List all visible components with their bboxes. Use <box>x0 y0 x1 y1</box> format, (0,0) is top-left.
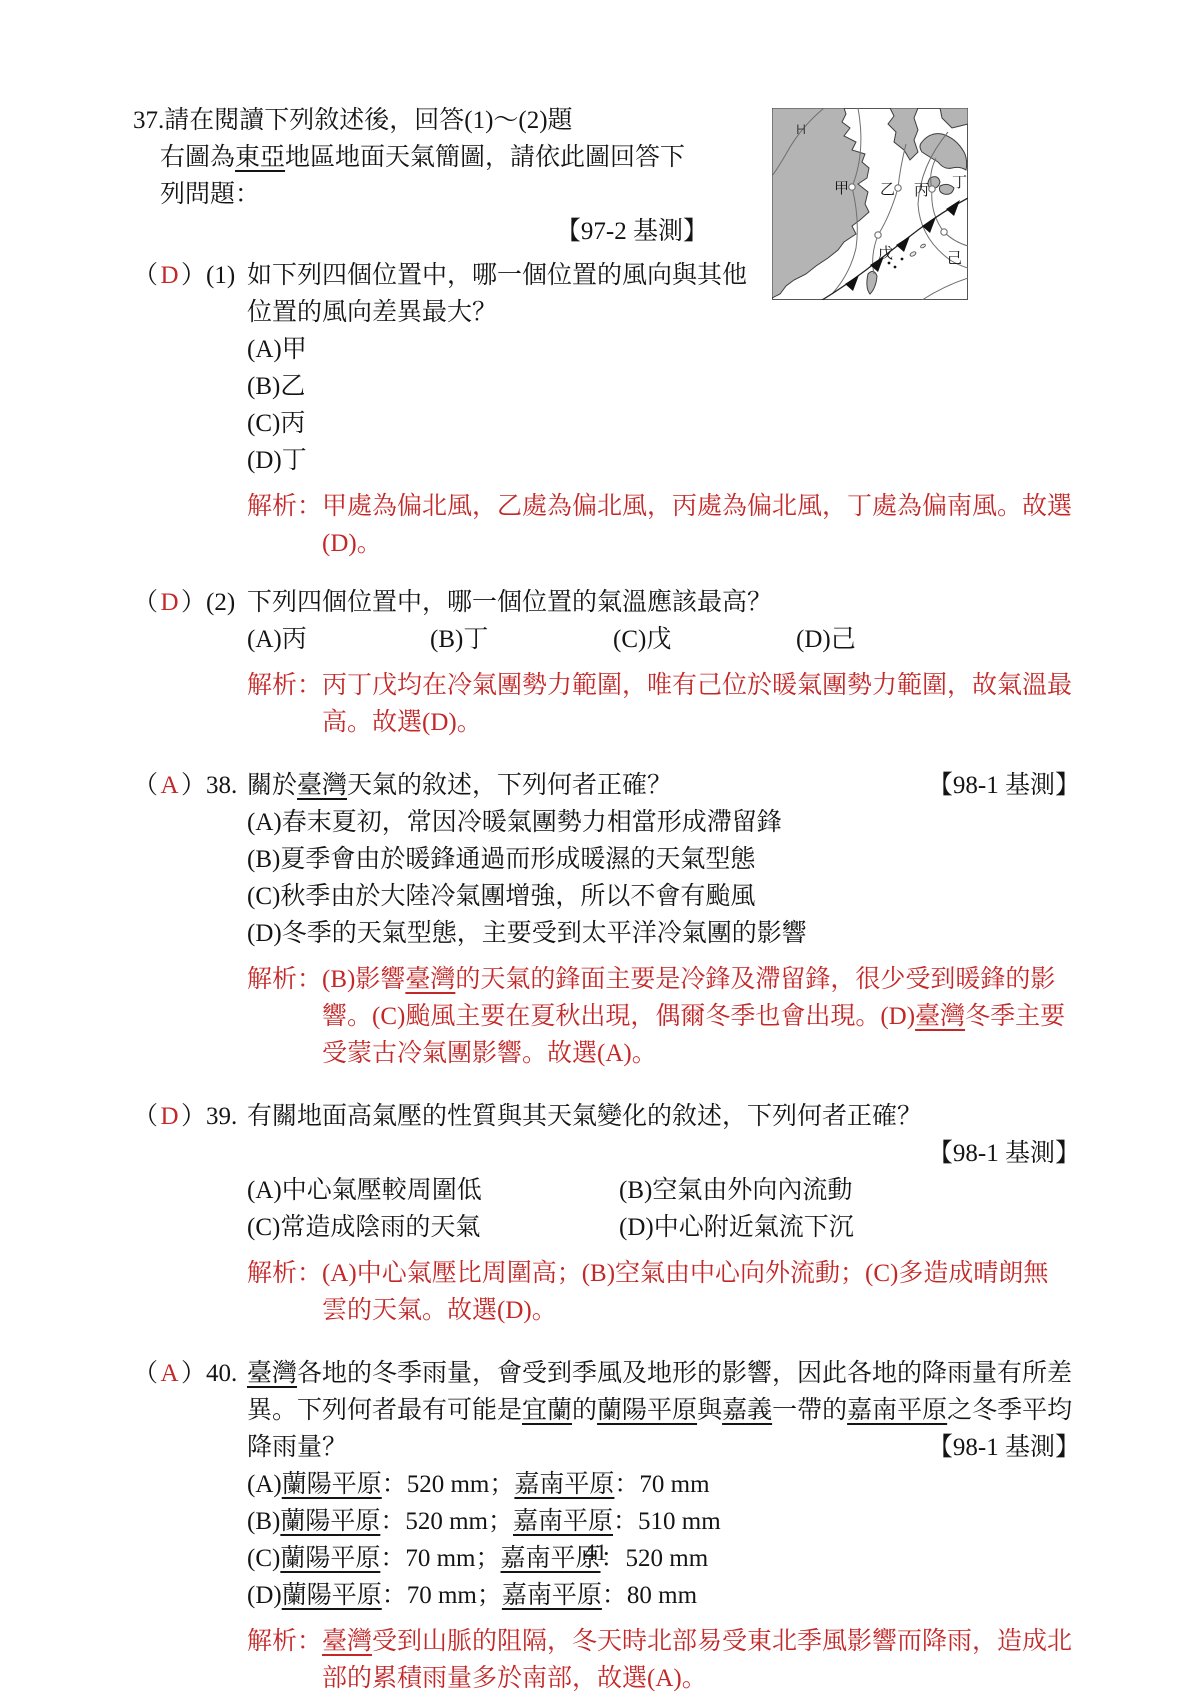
text-line: (D)丁 <box>247 442 1080 479</box>
q37-number: 37. <box>133 107 164 134</box>
text-segment: (A) <box>247 1471 282 1498</box>
text-line: 右圖為東亞地區地面天氣簡圖，請依此圖回答下列問題： <box>160 139 708 213</box>
text-line: 丙丁戊均在冷氣團勢力範圍，唯有己位於暖氣團勢力範圍，故氣溫最 <box>322 667 1080 704</box>
text-segment: 受到山脈的阻隔，冬天時北部易受東北季風影響而降雨，造成北 <box>372 1628 1072 1655</box>
analysis-37-1: 解析： 甲處為偏北風，乙處為偏北風，丙處為偏北風，丁處為偏南風。故選(D)。 <box>247 488 1080 562</box>
text-segment: 雲的天氣。故選(D)。 <box>322 1297 557 1324</box>
options-row: (A)丙 (B)丁 (C)戊 (D)己 <box>247 621 1080 658</box>
text-line: 甲處為偏北風，乙處為偏北風，丙處為偏北風，丁處為偏南風。故選 <box>322 488 1080 525</box>
text-segment: (C)丙 <box>247 410 305 437</box>
answer-letter: D <box>160 1098 178 1135</box>
point-label-ding: 丁 <box>952 174 967 191</box>
station-circle-jia <box>849 184 855 190</box>
answer-letter: D <box>160 584 178 621</box>
text-segment: ：520 mm； <box>380 1508 513 1535</box>
text-line: (A)中心氣壓比周圍高；(B)空氣由中心向外流動；(C)多造成晴朗無 <box>322 1255 1080 1292</box>
question-stem-tail: 降雨量？ <box>247 1429 347 1466</box>
text-segment: 蘭陽平原 <box>280 1508 380 1535</box>
text-line: (C)秋季由於大陸冷氣團增強，所以不會有颱風 <box>247 878 1080 915</box>
question-number: 38. <box>206 767 247 804</box>
text-line: (B)影響臺灣的天氣的鋒面主要是冷鋒及滯留鋒，很少受到暖鋒的影 <box>322 961 1080 998</box>
text-line: 有關地面高氣壓的性質與其天氣變化的敘述，下列何者正確？ <box>247 1098 1080 1135</box>
text-segment: 嘉南平原 <box>513 1508 613 1535</box>
q37-description: 右圖為東亞地區地面天氣簡圖，請依此圖回答下列問題： <box>160 139 708 213</box>
text-line: 異。下列何者最有可能是宜蘭的蘭陽平原與嘉義一帶的嘉南平原之冬季平均 <box>247 1392 1080 1429</box>
station-circle-yi <box>895 185 901 191</box>
text-line: 部的累積雨量多於南部，故選(A)。 <box>322 1660 1080 1697</box>
question-number: 40. <box>206 1355 247 1392</box>
option-a: (A)春末夏初，常因冷暖氣團勢力相當形成滯留鋒 <box>247 804 1080 841</box>
text-segment: (D)中心附近氣流下沉 <box>619 1214 854 1241</box>
text-segment: 冬季主要 <box>965 1003 1065 1030</box>
paren-open: （ <box>133 767 158 804</box>
question-number: 39. <box>206 1098 247 1135</box>
analysis-label: 解析： <box>247 1623 322 1697</box>
option-a: (A)蘭陽平原：520 mm；嘉南平原：70 mm <box>247 1466 1080 1503</box>
answer-box: （D） <box>133 584 206 621</box>
source-tag: 【98-1 基測】 <box>247 1135 1080 1172</box>
options-grid: (A)中心氣壓較周圍低 (B)空氣由外向內流動 (C)常造成陰雨的天氣 (D)中… <box>247 1172 1080 1246</box>
text-line: (A)甲 <box>247 331 1080 368</box>
text-segment: 之冬季平均 <box>947 1397 1072 1424</box>
text-segment: 臺灣 <box>322 1628 372 1655</box>
weather-map-figure: H 甲 乙 丙 丁 戊 己 <box>772 108 968 300</box>
text-segment: 的天氣的鋒面主要是冷鋒及滯留鋒，很少受到暖鋒的影 <box>455 966 1055 993</box>
option-c: (C)常造成陰雨的天氣 <box>247 1209 619 1246</box>
text-segment: 下列四個位置中，哪一個位置的氣溫應該最高？ <box>247 589 772 616</box>
text-line: 臺灣受到山脈的阻隔，冬天時北部易受東北季風影響而降雨，造成北 <box>322 1623 1080 1660</box>
text-segment: (D)己 <box>796 626 856 653</box>
text-line: (D)冬季的天氣型態，主要受到太平洋冷氣團的影響 <box>247 915 1080 952</box>
text-segment: 臺灣 <box>405 966 455 993</box>
answer-letter: A <box>160 1355 178 1392</box>
text-line: (A)蘭陽平原：520 mm；嘉南平原：70 mm <box>247 1466 1080 1503</box>
islet-dot <box>888 262 891 265</box>
analysis-label: 解析： <box>247 488 322 562</box>
text-line: 下列四個位置中，哪一個位置的氣溫應該最高？ <box>247 584 1080 621</box>
text-segment: (D)。 <box>322 530 382 557</box>
point-label-yi: 乙 <box>880 181 895 198</box>
analysis-39: 解析： (A)中心氣壓比周圍高；(B)空氣由中心向外流動；(C)多造成晴朗無雲的… <box>247 1255 1080 1329</box>
analysis-38: 解析： (B)影響臺灣的天氣的鋒面主要是冷鋒及滯留鋒，很少受到暖鋒的影響。(C)… <box>247 961 1080 1072</box>
text-segment: 臺灣 <box>297 772 347 799</box>
text-segment: 嘉南平原 <box>847 1397 947 1424</box>
option-a: (A)甲 <box>247 331 1080 368</box>
question-body: 關於臺灣天氣的敘述，下列何者正確？ 【98-1 基測】 (A)春末夏初，常因冷暖… <box>247 767 1080 952</box>
option-b: (B)丁 <box>430 621 613 658</box>
station-circle-bing <box>929 186 935 192</box>
option-b: (B)乙 <box>247 368 1080 405</box>
text-segment: (D)丁 <box>247 447 307 474</box>
text-line: (A)中心氣壓較周圍低 <box>247 1172 619 1209</box>
option-d: (D)中心附近氣流下沉 <box>619 1209 1080 1246</box>
text-segment: 異。下列何者最有可能是 <box>247 1397 522 1424</box>
text-line: (A)丙 <box>247 621 430 658</box>
analysis-text: 甲處為偏北風，乙處為偏北風，丙處為偏北風，丁處為偏南風。故選(D)。 <box>322 488 1080 562</box>
text-segment: (B)影響 <box>322 966 405 993</box>
answer-letter: D <box>160 257 178 294</box>
option-a: (A)中心氣壓較周圍低 <box>247 1172 619 1209</box>
page-number: 41 <box>0 1534 1191 1571</box>
text-segment: 臺灣 <box>915 1003 965 1030</box>
station-circle-ji <box>941 229 947 235</box>
text-line: (B)夏季會由於暖鋒通過而形成暖濕的天氣型態 <box>247 841 1080 878</box>
text-segment: 受蒙古冷氣團影響。故選(A)。 <box>322 1040 657 1067</box>
high-pressure-label: H <box>796 121 806 137</box>
text-segment: 嘉南平原 <box>514 1471 614 1498</box>
islet-dot <box>894 266 897 269</box>
option-c: (C)丙 <box>247 405 1080 442</box>
option-d: (D)蘭陽平原：70 mm；嘉南平原：80 mm <box>247 1577 1080 1614</box>
paren-close: ） <box>181 257 206 294</box>
text-segment: ：520 mm； <box>382 1471 515 1498</box>
text-segment: (B)夏季會由於暖鋒通過而形成暖濕的天氣型態 <box>247 846 755 873</box>
analysis-text: 丙丁戊均在冷氣團勢力範圍，唯有己位於暖氣團勢力範圍，故氣溫最高。故選(D)。 <box>322 667 1080 741</box>
text-line: 臺灣各地的冬季雨量，會受到季風及地形的影響，因此各地的降雨量有所差 <box>247 1355 1080 1392</box>
text-segment: 的 <box>572 1397 597 1424</box>
text-segment: 如下列四個位置中，哪一個位置的風向與其他 <box>247 262 747 289</box>
text-segment: 響。(C)颱風主要在夏秋出現，偶爾冬季也會出現。(D) <box>322 1003 915 1030</box>
text-segment: 甲處為偏北風，乙處為偏北風，丙處為偏北風，丁處為偏南風。故選 <box>322 493 1072 520</box>
text-line: 受蒙古冷氣團影響。故選(A)。 <box>322 1035 1080 1072</box>
text-segment: (A)丙 <box>247 626 307 653</box>
text-line: (C)常造成陰雨的天氣 <box>247 1209 619 1246</box>
question-38: （A） 38. 關於臺灣天氣的敘述，下列何者正確？ 【98-1 基測】 (A)春… <box>133 767 1080 952</box>
text-segment: (B) <box>247 1508 280 1535</box>
analysis-text: 臺灣受到山脈的阻隔，冬天時北部易受東北季風影響而降雨，造成北部的累積雨量多於南部… <box>322 1623 1080 1697</box>
option-d: (D)冬季的天氣型態，主要受到太平洋冷氣團的影響 <box>247 915 1080 952</box>
text-line: (D)蘭陽平原：70 mm；嘉南平原：80 mm <box>247 1577 1080 1614</box>
exam-page-content: 37.請在閱讀下列敘述後，回答(1)～(2)題 右圖為東亞地區地面天氣簡圖，請依… <box>133 102 1080 1697</box>
question-stem: 臺灣各地的冬季雨量，會受到季風及地形的影響，因此各地的降雨量有所差異。下列何者最… <box>247 1355 1080 1429</box>
point-label-ji: 己 <box>947 250 962 267</box>
paren-close: ） <box>181 584 206 621</box>
option-d: (D)丁 <box>247 442 1080 479</box>
paren-open: （ <box>133 584 158 621</box>
analysis-label: 解析： <box>247 961 322 1072</box>
question-37-header: 37.請在閱讀下列敘述後，回答(1)～(2)題 右圖為東亞地區地面天氣簡圖，請依… <box>133 102 708 250</box>
text-segment: ：70 mm <box>614 1471 709 1498</box>
text-segment: 天氣的敘述，下列何者正確？ <box>347 772 672 799</box>
question-stem-tail-line: 降雨量？ 【98-1 基測】 <box>247 1429 1080 1466</box>
analysis-label: 解析： <box>247 1255 322 1329</box>
point-label-bing: 丙 <box>914 182 929 199</box>
sub-question-number: (2) <box>206 584 247 621</box>
islet-dot <box>901 258 904 261</box>
text-line: (A)春末夏初，常因冷暖氣團勢力相當形成滯留鋒 <box>247 804 1080 841</box>
analysis-40: 解析： 臺灣受到山脈的阻隔，冬天時北部易受東北季風影響而降雨，造成北部的累積雨量… <box>247 1623 1080 1697</box>
point-label-jia: 甲 <box>834 180 849 197</box>
text-line: (B)空氣由外向內流動 <box>619 1172 1080 1209</box>
text-segment: (C)戊 <box>613 626 671 653</box>
question-body: 下列四個位置中，哪一個位置的氣溫應該最高？ (A)丙 (B)丁 (C)戊 (D)… <box>247 584 1080 658</box>
text-segment: 有關地面高氣壓的性質與其天氣變化的敘述，下列何者正確？ <box>247 1103 922 1130</box>
text-segment: ：80 mm <box>602 1582 697 1609</box>
text-segment: 蘭陽平原 <box>597 1397 697 1424</box>
text-line: 雲的天氣。故選(D)。 <box>322 1292 1080 1329</box>
east-asia-weather-map: H 甲 乙 丙 丁 戊 己 <box>772 108 968 300</box>
text-segment: 與 <box>697 1397 722 1424</box>
text-line: (D)中心附近氣流下沉 <box>619 1209 1080 1246</box>
question-body: 臺灣各地的冬季雨量，會受到季風及地形的影響，因此各地的降雨量有所差異。下列何者最… <box>247 1355 1080 1614</box>
analysis-text: (A)中心氣壓比周圍高；(B)空氣由中心向外流動；(C)多造成晴朗無雲的天氣。故… <box>322 1255 1080 1329</box>
text-line: (B)丁 <box>430 621 613 658</box>
text-segment: 丙丁戊均在冷氣團勢力範圍，唯有己位於暖氣團勢力範圍，故氣溫最 <box>322 672 1072 699</box>
text-segment: (A)春末夏初，常因冷暖氣團勢力相當形成滯留鋒 <box>247 809 782 836</box>
answer-box: （D） <box>133 1098 206 1135</box>
text-segment: 蘭陽平原 <box>282 1582 382 1609</box>
question-37-2: （D） (2) 下列四個位置中，哪一個位置的氣溫應該最高？ (A)丙 (B)丁 … <box>133 584 1080 658</box>
text-segment: 關於 <box>247 772 297 799</box>
text-segment: (D)冬季的天氣型態，主要受到太平洋冷氣團的影響 <box>247 920 807 947</box>
option-b: (B)空氣由外向內流動 <box>619 1172 1080 1209</box>
text-segment: (C)秋季由於大陸冷氣團增強，所以不會有颱風 <box>247 883 755 910</box>
paren-close: ） <box>181 1098 206 1135</box>
text-segment: 部的累積雨量多於南部，故選(A)。 <box>322 1665 707 1692</box>
text-line: (B)乙 <box>247 368 1080 405</box>
text-line: 關於臺灣天氣的敘述，下列何者正確？ <box>247 767 672 804</box>
question-40: （A） 40. 臺灣各地的冬季雨量，會受到季風及地形的影響，因此各地的降雨量有所… <box>133 1355 1080 1614</box>
text-segment: 高。故選(D)。 <box>322 709 482 736</box>
text-segment: (B)乙 <box>247 373 305 400</box>
text-segment: (B)丁 <box>430 626 488 653</box>
option-c: (C)秋季由於大陸冷氣團增強，所以不會有颱風 <box>247 878 1080 915</box>
answer-box: （A） <box>133 767 206 804</box>
question-body: 有關地面高氣壓的性質與其天氣變化的敘述，下列何者正確？ 【98-1 基測】 (A… <box>247 1098 1080 1246</box>
paren-close: ） <box>181 1355 206 1392</box>
paren-open: （ <box>133 257 158 294</box>
text-segment: (D) <box>247 1582 282 1609</box>
analysis-text: (B)影響臺灣的天氣的鋒面主要是冷鋒及滯留鋒，很少受到暖鋒的影響。(C)颱風主要… <box>322 961 1080 1072</box>
option-c: (C)戊 <box>613 621 796 658</box>
text-segment: 嘉南平原 <box>502 1582 602 1609</box>
text-segment: ：510 mm <box>613 1508 721 1535</box>
answer-letter: A <box>160 767 178 804</box>
text-segment: 宜蘭 <box>522 1397 572 1424</box>
text-line: 高。故選(D)。 <box>322 704 1080 741</box>
source-tag: 【98-1 基測】 <box>928 1429 1080 1466</box>
text-line: (C)戊 <box>613 621 796 658</box>
text-line: (D)。 <box>322 525 1080 562</box>
answer-box: （D） <box>133 257 206 294</box>
text-line: (C)丙 <box>247 405 1080 442</box>
paren-open: （ <box>133 1355 158 1392</box>
question-stem: 關於臺灣天氣的敘述，下列何者正確？ <box>247 767 672 804</box>
option-d: (D)己 <box>796 621 979 658</box>
text-segment: 右圖為 <box>160 144 235 171</box>
q37-intro-line: 37.請在閱讀下列敘述後，回答(1)～(2)題 <box>133 102 708 139</box>
analysis-37-2: 解析： 丙丁戊均在冷氣團勢力範圍，唯有己位於暖氣團勢力範圍，故氣溫最高。故選(D… <box>247 667 1080 741</box>
text-segment: (B)空氣由外向內流動 <box>619 1177 852 1204</box>
question-stem: 下列四個位置中，哪一個位置的氣溫應該最高？ <box>247 584 1080 621</box>
text-segment: 嘉義 <box>722 1397 772 1424</box>
text-segment: 各地的冬季雨量，會受到季風及地形的影響，因此各地的降雨量有所差 <box>297 1360 1072 1387</box>
text-segment: 一帶的 <box>772 1397 847 1424</box>
option-a: (A)丙 <box>247 621 430 658</box>
option-b: (B)夏季會由於暖鋒通過而形成暖濕的天氣型態 <box>247 841 1080 878</box>
question-head: 關於臺灣天氣的敘述，下列何者正確？ 【98-1 基測】 <box>247 767 1080 804</box>
question-stem: 有關地面高氣壓的性質與其天氣變化的敘述，下列何者正確？ <box>247 1098 1080 1135</box>
paren-open: （ <box>133 1098 158 1135</box>
q37-source-tag: 【97-2 基測】 <box>133 213 708 250</box>
source-tag: 【98-1 基測】 <box>928 767 1080 804</box>
text-line: (D)己 <box>796 621 979 658</box>
text-segment: 蘭陽平原 <box>282 1471 382 1498</box>
text-segment: 東亞 <box>235 144 285 171</box>
text-line: 響。(C)颱風主要在夏秋出現，偶爾冬季也會出現。(D)臺灣冬季主要 <box>322 998 1080 1035</box>
text-segment: 位置的風向差異最大？ <box>247 299 497 326</box>
text-segment: (A)甲 <box>247 336 307 363</box>
text-segment: ：70 mm； <box>382 1582 502 1609</box>
answer-box: （A） <box>133 1355 206 1392</box>
text-segment: (A)中心氣壓較周圍低 <box>247 1177 482 1204</box>
paren-close: ） <box>181 767 206 804</box>
analysis-label: 解析： <box>247 667 322 741</box>
station-circle-mid <box>875 232 881 238</box>
text-segment: (C)常造成陰雨的天氣 <box>247 1214 480 1241</box>
text-segment: 臺灣 <box>247 1360 297 1387</box>
point-label-wu: 戊 <box>878 245 893 262</box>
q37-intro-text: 請在閱讀下列敘述後，回答(1)～(2)題 <box>164 107 572 134</box>
sub-question-number: (1) <box>206 257 247 294</box>
question-39: （D） 39. 有關地面高氣壓的性質與其天氣變化的敘述，下列何者正確？ 【98-… <box>133 1098 1080 1246</box>
text-segment: (A)中心氣壓比周圍高；(B)空氣由中心向外流動；(C)多造成晴朗無 <box>322 1260 1048 1287</box>
